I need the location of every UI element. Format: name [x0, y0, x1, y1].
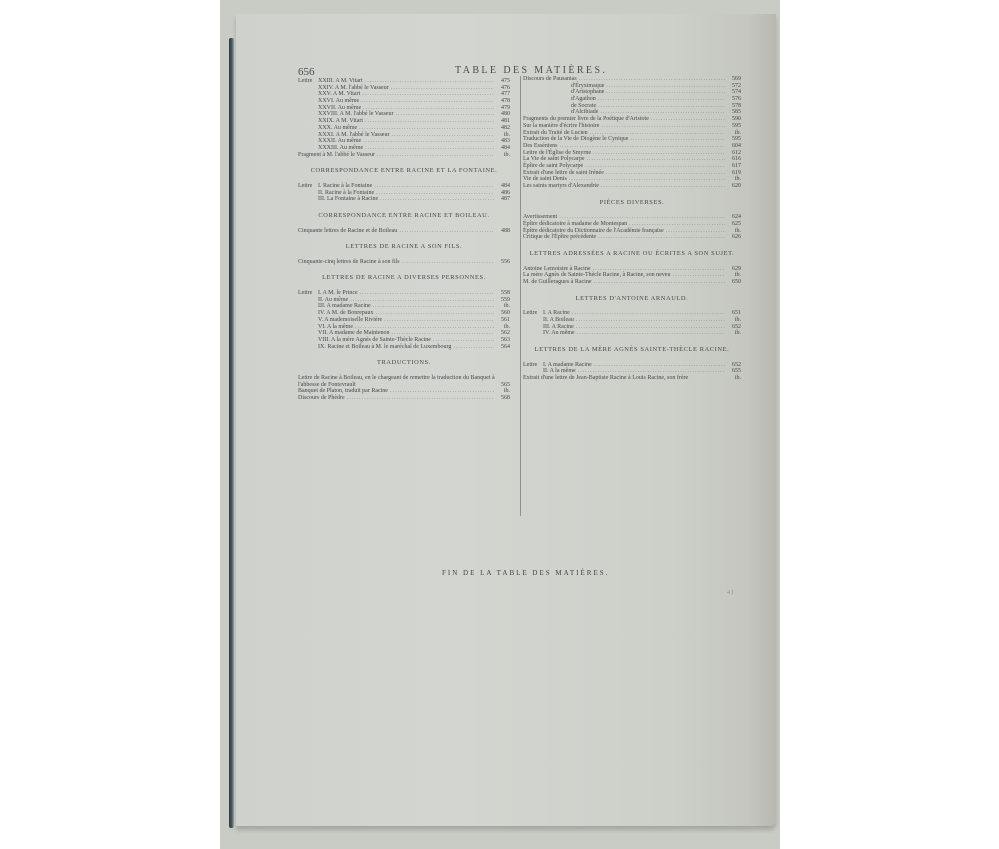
toc-entry: Des Esséniens604 [523, 143, 741, 150]
entry-label: Extrait du Traité de Lucien [523, 130, 588, 137]
dot-leader [606, 170, 725, 177]
entry-label: Épître dédicatoire à madame de Montespan [523, 221, 627, 228]
dot-leader [630, 136, 725, 143]
dot-leader [572, 310, 725, 317]
toc-entry: XXVIII. A M. l'abbé le Vasseur480 [298, 111, 510, 118]
entry-label: M. de Guilleragues à Racine [523, 279, 591, 286]
entry-label: Extrait d'une lettre de saint Irénée [523, 170, 604, 177]
toc-entry: Extrait d'une lettre de saint Irénée619 [523, 170, 741, 177]
entry-label: Discours de Phèdre [298, 395, 345, 402]
entry-page: 625 [727, 221, 741, 228]
entry-page: 616 [727, 156, 741, 163]
entry-label: Cinquante-cinq lettres de Racine à son f… [298, 259, 400, 266]
entry-label: IV. Au même [543, 330, 575, 337]
dot-leader [359, 125, 494, 132]
entry-page: 565 [496, 382, 510, 389]
toc-entry: LettreI. Racine à la Fontaine484 [298, 183, 510, 190]
dot-leader [593, 150, 725, 157]
toc-entry: Vie de saint Denisib. [523, 176, 741, 183]
toc-entry: d'Alcibiade585 [523, 109, 741, 116]
entry-page: 478 [496, 98, 510, 105]
entry-page: 620 [727, 183, 741, 190]
toc-entry: Cinquante lettres de Racine et de Boilea… [298, 228, 510, 235]
dot-leader [598, 103, 725, 110]
entry-page: 558 [496, 290, 510, 297]
dot-leader [391, 85, 494, 92]
dot-leader [594, 362, 725, 369]
entry-page: 574 [727, 89, 741, 96]
entry-label: La Vie de saint Polycarpe [523, 156, 585, 163]
entry-page: 572 [727, 83, 741, 90]
section-title: CORRESPONDANCE ENTRE RACINE ET LA FONTAI… [298, 168, 510, 175]
dot-leader [606, 83, 725, 90]
section-title: LETTRES D'ANTOINE ARNAULD. [523, 296, 741, 303]
entry-page: 479 [496, 105, 510, 112]
toc-entry: XXVI. Au même478 [298, 98, 510, 105]
dot-leader [629, 221, 725, 228]
entry-label: I. Racine à la Fontaine [318, 183, 372, 190]
entry-label: VII. A madame de Maintenon [318, 330, 389, 337]
dot-leader [666, 228, 725, 235]
section-title: LETTRES DE RACINE A DIVERSES PERSONNES. [298, 275, 510, 282]
entry-page: 556 [496, 259, 510, 266]
entry-page: 559 [496, 297, 510, 304]
entry-page: 568 [496, 395, 510, 402]
dot-leader [579, 76, 725, 83]
toc-entry: XXVII. Au même479 [298, 105, 510, 112]
toc-entry: V. A mademoiselle Rivière561 [298, 317, 510, 324]
entry-label: XXX. Au même [318, 125, 357, 132]
toc-entry: XXX. Au même482 [298, 125, 510, 132]
dot-leader [365, 118, 494, 125]
entry-label: IV. A M. de Bonrepaux [318, 310, 374, 317]
entry-label: III. A madame Racine [318, 303, 371, 310]
dot-leader [576, 324, 725, 331]
entry-label: Lettre de l'Église de Smyrne [523, 150, 591, 157]
entry-label: d'Éryximaque [571, 83, 604, 90]
entry-page: 578 [727, 103, 741, 110]
dot-leader [384, 317, 494, 324]
toc-entry: II. A la même655 [523, 368, 741, 375]
toc-entry: Avertissement624 [523, 214, 741, 221]
entry-page: 562 [496, 330, 510, 337]
entry-page: ib. [496, 132, 510, 139]
entry-label: IX. Racine et Boileau à M. le maréchal d… [318, 344, 451, 351]
entry-page: 619 [727, 170, 741, 177]
entry-page: 477 [496, 91, 510, 98]
dot-leader [347, 395, 494, 402]
entry-label: XXVI. Au même [318, 98, 359, 105]
entry-label: Banquet de Platon, traduit par Racine [298, 388, 388, 395]
section-title: TRADUCTIONS. [298, 360, 510, 367]
entry-page: 560 [496, 310, 510, 317]
toc-entry: Banquet de Platon, traduit par Racineib. [298, 388, 510, 395]
entry-label: Lettre de Racine à Boileau, en le charge… [298, 375, 495, 388]
dot-leader [600, 109, 725, 116]
entry-page: 561 [496, 317, 510, 324]
section-title: CORRESPONDANCE ENTRE RACINE ET BOILEAU. [298, 213, 510, 220]
dot-leader [360, 290, 494, 297]
toc-entry: Discours de Pausanias569 [523, 76, 741, 83]
section-title: LETTRES DE RACINE A SON FILS. [298, 244, 510, 251]
dot-leader [577, 330, 725, 337]
toc-entry: IV. Au mêmeib. [523, 330, 741, 337]
entry-label: XXIII. A M. Vitart [318, 78, 363, 85]
entry-page: 652 [727, 362, 741, 369]
entry-label: II. Racine à la Fontaine [318, 190, 374, 197]
entry-label: Des Esséniens [523, 143, 558, 150]
section-title: PIÈCES DIVERSES. [523, 200, 741, 207]
entry-page: 484 [496, 183, 510, 190]
dot-leader [363, 105, 494, 112]
entry-page: 569 [727, 76, 741, 83]
entry-label: Cinquante lettres de Racine et de Boilea… [298, 228, 397, 235]
toc-entry: Cinquante-cinq lettres de Racine à son f… [298, 259, 510, 266]
entry-label: V. A mademoiselle Rivière [318, 317, 382, 324]
dot-leader [590, 130, 725, 137]
dot-leader [578, 368, 725, 375]
dot-leader [606, 89, 725, 96]
toc-entry: III. La Fontaine à Racine487 [298, 196, 510, 203]
entry-page: 564 [496, 344, 510, 351]
entry-page: 604 [727, 143, 741, 150]
toc-entry: XXIV. A M. l'abbé le Vasseur476 [298, 85, 510, 92]
toc-entry: La mère Agnès de Sainte-Thècle Racine, à… [523, 272, 741, 279]
toc-entry: Fragment à M. l'abbé le Vasseurib. [298, 152, 510, 159]
entry-label: XXV. A M. Vitart [318, 91, 360, 98]
entry-label: Avertissement [523, 214, 557, 221]
dot-leader [355, 324, 494, 331]
dot-leader [361, 98, 494, 105]
dot-leader [601, 183, 725, 190]
toc-entry: XXXII. Au même483 [298, 138, 510, 145]
dot-leader [560, 143, 726, 150]
entry-page: ib. [727, 176, 741, 183]
toc-entry: XXV. A M. Vitart477 [298, 91, 510, 98]
entry-label: VI. A la même [318, 324, 353, 331]
toc-entry: Extrait d'une lettre de Jean-Baptiste Ra… [523, 375, 741, 382]
toc-entry: XXIX. A M. Vitart481 [298, 118, 510, 125]
entry-page: ib. [727, 228, 741, 235]
entry-label: II. A Boileau [543, 317, 574, 324]
entry-page: ib. [496, 324, 510, 331]
dot-leader [376, 190, 494, 197]
toc-entry: Critique de l'Épître précédente626 [523, 234, 741, 241]
toc-entry: IX. Racine et Boileau à M. le maréchal d… [298, 344, 510, 351]
toc-entry: Traduction de la Vie de Diogène le Cyniq… [523, 136, 741, 143]
entry-page: ib. [727, 130, 741, 137]
dot-leader [362, 91, 494, 98]
toc-entry: III. A Racine652 [523, 324, 741, 331]
entry-label: Discours de Pausanias [523, 76, 577, 83]
entry-page: 626 [727, 234, 741, 241]
dot-leader [559, 214, 725, 221]
toc-entry: Lettre de l'Église de Smyrne612 [523, 150, 741, 157]
entry-label: I. A Racine [543, 310, 570, 317]
entry-page: 576 [727, 96, 741, 103]
entry-label: d'Agathon [571, 96, 596, 103]
dot-leader [598, 96, 725, 103]
entry-label: d'Alcibiade [571, 109, 598, 116]
entry-page: 651 [727, 310, 741, 317]
dot-leader [380, 196, 494, 203]
entry-prefix: Lettre [298, 183, 318, 190]
toc-entry: II. A Boileauib. [523, 317, 741, 324]
toc-entry: d'Aristophane574 [523, 89, 741, 96]
entry-page: 595 [727, 123, 741, 130]
entry-page: 595 [727, 136, 741, 143]
toc-entry: Antoine Lemoistre à Racine629 [523, 266, 741, 273]
dot-leader [601, 123, 725, 130]
entry-page: 652 [727, 324, 741, 331]
dot-leader [373, 303, 494, 310]
entry-page: 486 [496, 190, 510, 197]
entry-page: ib. [727, 330, 741, 337]
entry-page: 655 [727, 368, 741, 375]
toc-entry: Les saints martyrs d'Alexandrie620 [523, 183, 741, 190]
dot-leader [363, 138, 494, 145]
entry-page: ib. [496, 152, 510, 159]
dot-leader [350, 297, 494, 304]
toc-entry: Épître de saint Polycarpe617 [523, 163, 741, 170]
dot-leader [377, 152, 494, 159]
dot-leader [402, 259, 494, 266]
dot-leader [390, 388, 494, 395]
entry-label: Épître de saint Polycarpe [523, 163, 583, 170]
toc-entry: LettreI. A madame Racine652 [523, 362, 741, 369]
entry-page: ib. [496, 388, 510, 395]
dot-leader [672, 272, 725, 279]
toc-entry: IV. A M. de Bonrepaux560 [298, 310, 510, 317]
dot-leader [569, 176, 725, 183]
toc-entry: LettreXXIII. A M. Vitart475 [298, 78, 510, 85]
entry-label: III. A Racine [543, 324, 574, 331]
entry-label: XXXII. Au même [318, 138, 361, 145]
entry-label: de Socrate [571, 103, 596, 110]
entry-page: 612 [727, 150, 741, 157]
entry-page: ib. [727, 272, 741, 279]
toc-entry: III. A madame Racineib. [298, 303, 510, 310]
dot-leader [395, 111, 494, 118]
toc-entry: XXXIII. Au même484 [298, 145, 510, 152]
entry-label: VIII. A la mère Agnès de Sainte-Thècle R… [318, 337, 431, 344]
toc-entry: XXXI. A M. l'abbé le Vasseurib. [298, 132, 510, 139]
toc-entry: de Socrate578 [523, 103, 741, 110]
entry-page: 475 [496, 78, 510, 85]
entry-page: 483 [496, 138, 510, 145]
dot-leader [365, 78, 494, 85]
book-spine-edge [229, 38, 234, 828]
toc-entry: Sur la manière d'écrire l'histoire595 [523, 123, 741, 130]
entry-label: Fragments du premier livre de la Poétiqu… [523, 116, 649, 123]
entry-label: XXXIII. Au même [318, 145, 363, 152]
dot-leader [376, 310, 494, 317]
entry-label: XXVII. Au même [318, 105, 361, 112]
entry-page: 482 [496, 125, 510, 132]
section-title: LETTRES DE LA MÈRE AGNÈS SAINTE-THÈCLE R… [523, 347, 741, 354]
entry-prefix: Lettre [523, 362, 543, 369]
entry-label: Vie de saint Denis [523, 176, 567, 183]
entry-label: XXIV. A M. l'abbé le Vasseur [318, 85, 389, 92]
toc-entry: Fragments du premier livre de la Poétiqu… [523, 116, 741, 123]
toc-entry: d'Éryximaque572 [523, 83, 741, 90]
dot-leader [453, 344, 494, 351]
dot-leader [365, 145, 494, 152]
entry-label: d'Aristophane [571, 89, 604, 96]
left-column: LettreXXIII. A M. Vitart475XXIV. A M. l'… [298, 78, 510, 402]
toc-entry: II. Au même559 [298, 297, 510, 304]
entry-label: XXIX. A M. Vitart [318, 118, 363, 125]
toc-entry: VIII. A la mère Agnès de Sainte-Thècle R… [298, 337, 510, 344]
entry-page: 476 [496, 85, 510, 92]
entry-label: La mère Agnès de Sainte-Thècle Racine, à… [523, 272, 670, 279]
entry-label: Les saints martyrs d'Alexandrie [523, 183, 599, 190]
dot-leader [651, 116, 725, 123]
dot-leader [593, 279, 725, 286]
entry-page: 563 [496, 337, 510, 344]
entry-prefix: Lettre [298, 290, 318, 297]
dot-leader [374, 183, 494, 190]
entry-label: XXVIII. A M. l'abbé le Vasseur [318, 111, 393, 118]
toc-entry: LettreI. A Racine651 [523, 310, 741, 317]
entry-page: 650 [727, 279, 741, 286]
entry-page: ib. [727, 317, 741, 324]
toc-entry: VII. A madame de Maintenon562 [298, 330, 510, 337]
entry-label: XXXI. A M. l'abbé le Vasseur [318, 132, 389, 139]
toc-entry: Épître dédicatoire à madame de Montespan… [523, 221, 741, 228]
entry-label: Critique de l'Épître précédente [523, 234, 596, 241]
entry-page: 484 [496, 145, 510, 152]
dot-leader [576, 317, 725, 324]
entry-page: 585 [727, 109, 741, 116]
toc-entry: LettreI. A M. le Prince558 [298, 290, 510, 297]
entry-label: Fragment à M. l'abbé le Vasseur [298, 152, 375, 159]
entry-label: Extrait d'une lettre de Jean-Baptiste Ra… [523, 375, 688, 381]
entry-page: 590 [727, 116, 741, 123]
page-number: 656 [298, 66, 315, 78]
entry-page: 629 [727, 266, 741, 273]
entry-label: Sur la manière d'écrire l'histoire [523, 123, 599, 130]
dot-leader [587, 156, 725, 163]
dot-leader [598, 234, 725, 241]
right-column: Discours de Pausanias569d'Éryximaque572d… [520, 76, 741, 516]
dot-leader [592, 266, 725, 273]
entry-label: III. La Fontaine à Racine [318, 196, 378, 203]
toc-entry: II. Racine à la Fontaine486 [298, 190, 510, 197]
entry-page: 480 [496, 111, 510, 118]
entry-page: 488 [496, 228, 510, 235]
entry-label: II. A la même [543, 368, 576, 375]
entry-label: Antoine Lemoistre à Racine [523, 266, 590, 273]
entry-label: II. Au même [318, 297, 348, 304]
dot-leader [585, 163, 725, 170]
toc-entry: d'Agathon576 [523, 96, 741, 103]
entry-page: ib. [496, 303, 510, 310]
entry-prefix: Lettre [298, 78, 318, 85]
toc-entry: La Vie de saint Polycarpe616 [523, 156, 741, 163]
entry-page: 487 [496, 196, 510, 203]
section-title: LETTRES ADRESSÉES A RACINE OU ÉCRITES A … [523, 251, 741, 258]
entry-page: 617 [727, 163, 741, 170]
dot-leader [433, 337, 494, 344]
toc-entry: M. de Guilleragues à Racine650 [523, 279, 741, 286]
dot-leader [391, 330, 494, 337]
entry-prefix: Lettre [523, 310, 543, 317]
dot-leader [391, 132, 494, 139]
entry-page: 624 [727, 214, 741, 221]
dot-leader [399, 228, 494, 235]
entry-label: Traduction de la Vie de Diogène le Cyniq… [523, 136, 628, 143]
entry-page: 481 [496, 118, 510, 125]
entry-page: ib. [727, 375, 741, 382]
entry-label: I. A madame Racine [543, 362, 592, 369]
end-note: FIN DE LA TABLE DES MATIÈRES. [442, 569, 609, 577]
entry-label: I. A M. le Prince [318, 290, 358, 297]
toc-entry: Lettre de Racine à Boileau, en le charge… [298, 375, 510, 388]
toc-entry: VI. A la mêmeib. [298, 324, 510, 331]
toc-entry: Extrait du Traité de Lucienib. [523, 130, 741, 137]
toc-entry: Discours de Phèdre568 [298, 395, 510, 402]
signature-mark: 41 [727, 590, 735, 596]
running-title: TABLE DES MATIÈRES. [455, 65, 607, 76]
